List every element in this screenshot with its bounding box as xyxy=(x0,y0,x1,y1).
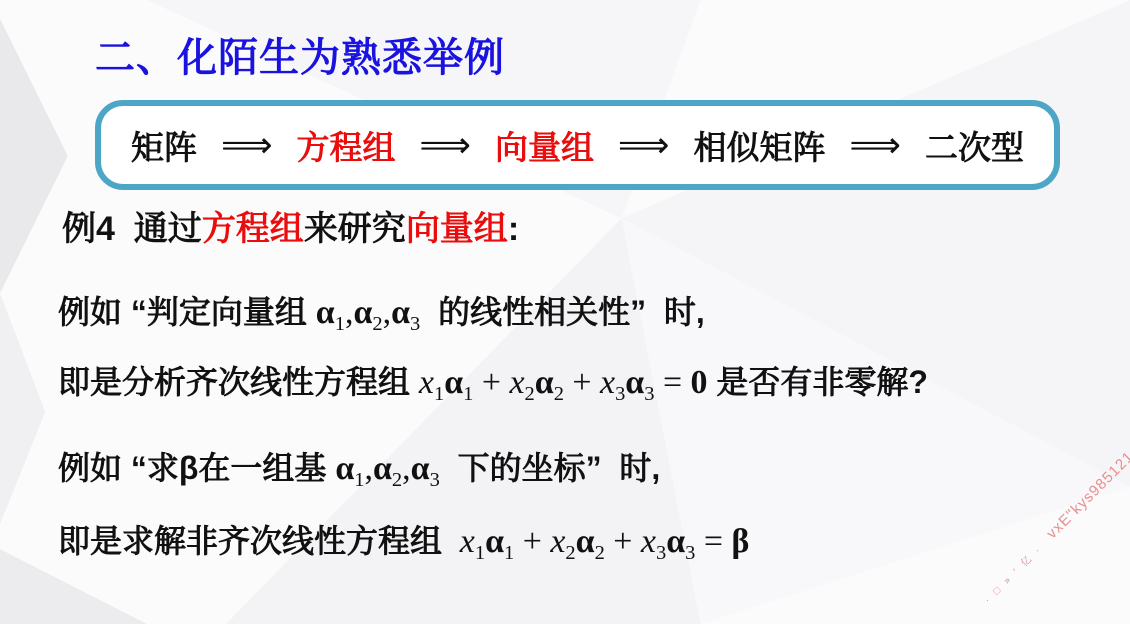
text-segment: 的线性相关性” 时, xyxy=(420,294,704,330)
text-segment: 例如 “求β在一组基 xyxy=(58,450,335,486)
text-segment: x xyxy=(419,364,434,401)
text-segment: : xyxy=(508,210,519,248)
text-segment: 2 xyxy=(554,383,564,405)
text-segment: x xyxy=(600,364,615,401)
double-arrow-icon: ⟹ xyxy=(845,124,905,166)
text-segment: 2 xyxy=(525,383,535,405)
text-segment: + xyxy=(605,523,641,560)
text-segment: 0 xyxy=(691,364,708,401)
text-segment: x xyxy=(641,523,656,560)
text-segment: x xyxy=(509,364,524,401)
text-segment: 方程组 xyxy=(202,210,304,248)
text-segment: 例4 通过 xyxy=(62,210,202,248)
text-segment: 是否有非零解? xyxy=(708,364,928,400)
text-segment: α xyxy=(335,450,354,487)
text-segment: 3 xyxy=(410,313,420,335)
double-arrow-icon: ⟹ xyxy=(217,124,277,166)
text-segment: 2 xyxy=(565,542,575,564)
text-segment: α xyxy=(535,364,554,401)
text-segment: 3 xyxy=(685,542,695,564)
watermark-prefix: · □ » ′ 亿 · xyxy=(980,541,1045,606)
text-segment: 3 xyxy=(644,383,654,405)
concept-flow-box: 矩阵⟹方程组⟹向量组⟹相似矩阵⟹二次型 xyxy=(95,100,1060,190)
text-segment: 即是分析齐次线性方程组 xyxy=(58,364,419,400)
text-segment: 3 xyxy=(656,542,666,564)
slide-title: 二、化陌生为熟悉举例 xyxy=(95,26,505,83)
line-homogeneous-system: 即是分析齐次线性方程组 x1α1 + x2α2 + x3α3 = 0 是否有非零… xyxy=(58,362,928,408)
line-nonhomogeneous-system: 即是求解非齐次线性方程组 x1α1 + x2α2 + x3α3 = β xyxy=(58,521,749,567)
lecture-slide: 二、化陌生为熟悉举例 矩阵⟹方程组⟹向量组⟹相似矩阵⟹二次型 例4 通过方程组来… xyxy=(0,0,1130,624)
text-segment: 1 xyxy=(475,542,485,564)
example-heading: 例4 通过方程组来研究向量组: xyxy=(62,208,519,251)
text-segment: 1 xyxy=(354,469,364,491)
text-segment: 向量组 xyxy=(406,210,508,248)
text-segment: α xyxy=(444,364,463,401)
double-arrow-icon: ⟹ xyxy=(415,124,475,166)
text-segment: 即是求解非齐次线性方程组 xyxy=(58,523,460,559)
text-segment: α xyxy=(391,294,410,331)
text-segment: 1 xyxy=(504,542,514,564)
text-segment: 1 xyxy=(434,383,444,405)
text-segment: 1 xyxy=(463,383,473,405)
double-arrow-icon: ⟹ xyxy=(614,124,674,166)
text-segment: 2 xyxy=(392,469,402,491)
text-segment: 来研究 xyxy=(304,210,406,248)
text-segment: α xyxy=(625,364,644,401)
text-segment: + xyxy=(514,523,550,560)
text-segment: , xyxy=(383,294,391,331)
text-segment: x xyxy=(460,523,475,560)
text-segment: α xyxy=(373,450,392,487)
flow-item-2: 方程组 xyxy=(296,122,395,169)
line-coordinates-in-basis: 例如 “求β在一组基 α1,α2,α3 下的坐标” 时, xyxy=(58,448,660,494)
flow-item-4: 相似矩阵 xyxy=(693,122,825,169)
text-segment: α xyxy=(666,523,685,560)
text-segment: , xyxy=(365,450,373,487)
flow-item-3: 向量组 xyxy=(495,122,594,169)
text-segment: 3 xyxy=(430,469,440,491)
text-segment: 例如 “判定向量组 xyxy=(58,294,316,330)
text-segment: α xyxy=(485,523,504,560)
text-segment: α xyxy=(316,294,335,331)
line-linear-dependence: 例如 “判定向量组 α1,α2,α3 的线性相关性” 时, xyxy=(58,292,705,338)
text-segment: β xyxy=(731,523,749,560)
text-segment: x xyxy=(550,523,565,560)
text-segment: 2 xyxy=(372,313,382,335)
flow-item-1: 矩阵 xyxy=(131,122,197,169)
text-segment: + xyxy=(473,364,509,401)
text-segment: α xyxy=(411,450,430,487)
text-segment: + xyxy=(564,364,600,401)
text-segment: α xyxy=(576,523,595,560)
text-segment: 2 xyxy=(595,542,605,564)
text-segment: 下的坐标” 时, xyxy=(440,450,660,486)
text-segment: 1 xyxy=(335,313,345,335)
text-segment: α xyxy=(353,294,372,331)
flow-item-5: 二次型 xyxy=(925,122,1024,169)
text-segment: 3 xyxy=(615,383,625,405)
text-segment: = xyxy=(654,364,690,401)
text-segment: , xyxy=(402,450,410,487)
text-segment: = xyxy=(695,523,731,560)
